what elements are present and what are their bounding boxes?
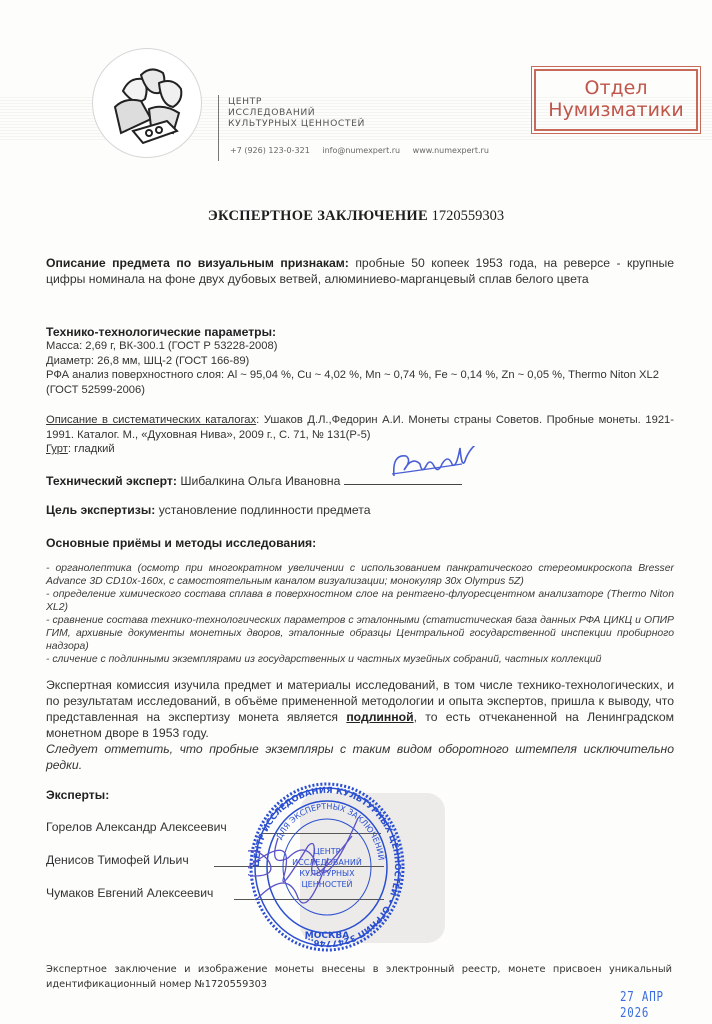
organization-name: ЦЕНТР ИССЛЕДОВАНИЙ КУЛЬТУРНЫХ ЦЕННОСТЕЙ (228, 96, 365, 129)
expertise-purpose: Цель экспертизы: установление подлинност… (46, 502, 674, 518)
date-stamp: 27 АПР 2026 (620, 989, 694, 1021)
technical-expert-signature (386, 446, 496, 488)
email-link[interactable]: info@numexpert.ru (322, 146, 400, 155)
logo-experts-illustration (92, 48, 202, 158)
expert-row: Чумаков Евгений Алексеевич (46, 886, 213, 900)
parameters-values: Масса: 2,69 г, ВК-300.1 (ГОСТ Р 53228-20… (46, 339, 674, 397)
edge-label: Гурт (46, 443, 68, 455)
seal-city: МОСКВА (305, 931, 349, 941)
org-name-line: ЦЕНТР (228, 96, 365, 107)
expert-name: Чумаков Евгений Алексеевич (46, 886, 213, 900)
document-number: 1720559303 (432, 208, 505, 224)
edge-text: : гладкий (68, 443, 115, 455)
method-item: - определение химического состава сплава… (46, 588, 674, 614)
technical-parameters: Технико-технологические параметры: (46, 324, 674, 340)
technical-expert-label: Технический эксперт: (46, 474, 177, 488)
title-text: ЭКСПЕРТНОЕ ЗАКЛЮЧЕНИЕ (208, 208, 428, 224)
method-item: - сличение с подлинными экземплярами из … (46, 653, 674, 666)
conclusion: Экспертная комиссия изучила предмет и ма… (46, 677, 674, 773)
methods-label: Основные приёмы и методы исследования: (46, 535, 674, 551)
description-label: Описание предмета по визуальным признака… (46, 256, 349, 270)
purpose-label: Цель экспертизы: (46, 503, 155, 517)
methods-list: - органолептика (осмотр при многократном… (46, 562, 674, 666)
method-item: - сравнение состава технико-технологичес… (46, 614, 674, 653)
expert-name: Денисов Тимофей Ильич (46, 853, 189, 867)
conclusion-note: Следует отметить, что пробные экземпляры… (46, 741, 674, 773)
phone: +7 (926) 123-0-321 (230, 146, 310, 155)
parameters-label: Технико-технологические параметры: (46, 324, 674, 340)
expert-row: Горелов Александр Алексеевич (46, 820, 227, 834)
technical-expert: Технический эксперт: Шибалкина Ольга Ива… (46, 472, 674, 489)
expert-name: Горелов Александр Алексеевич (46, 820, 227, 834)
method-item: - органолептика (осмотр при многократном… (46, 562, 674, 588)
mass-value: Масса: 2,69 г, ВК-300.1 (ГОСТ Р 53228-20… (46, 339, 674, 354)
official-seal: ЦЕНТР ИССЛЕДОВАНИЯ КУЛЬТУРНЫХ ЦЕННОСТЕЙ … (248, 778, 406, 956)
registry-note: Экспертное заключение и изображение моне… (46, 962, 672, 992)
seal-center-line: ЦЕННОСТЕЙ (301, 878, 352, 889)
org-name-line: ИССЛЕДОВАНИЙ (228, 107, 365, 118)
technical-expert-name: Шибалкина Ольга Ивановна (177, 474, 341, 488)
website-link[interactable]: www.numexpert.ru (413, 146, 489, 155)
purpose-text: установление подлинности предмета (155, 503, 370, 517)
department-stamp-line2: Нумизматики (536, 99, 696, 121)
contacts: +7 (926) 123-0-321 info@numexpert.ru www… (230, 146, 499, 155)
document-title: ЭКСПЕРТНОЕ ЗАКЛЮЧЕНИЕ 1720559303 (0, 208, 712, 225)
verdict: подлинной (346, 710, 413, 724)
catalog-label: Описание в систематических каталогах (46, 414, 256, 426)
item-description: Описание предмета по визуальным признака… (46, 255, 674, 287)
diameter-value: Диаметр: 26,8 мм, ШЦ-2 (ГОСТ 166-89) (46, 354, 674, 369)
expert-row: Денисов Тимофей Ильич (46, 853, 189, 867)
department-stamp-line1: Отдел (536, 77, 696, 99)
header-divider (218, 95, 219, 161)
catalog-reference: Описание в систематических каталогах: Уш… (46, 413, 674, 457)
xrf-value: РФА анализ поверхностного слоя: Al ~ 95,… (46, 368, 674, 397)
org-name-line: КУЛЬТУРНЫХ ЦЕННОСТЕЙ (228, 118, 365, 129)
department-stamp: Отдел Нумизматики (534, 69, 698, 131)
